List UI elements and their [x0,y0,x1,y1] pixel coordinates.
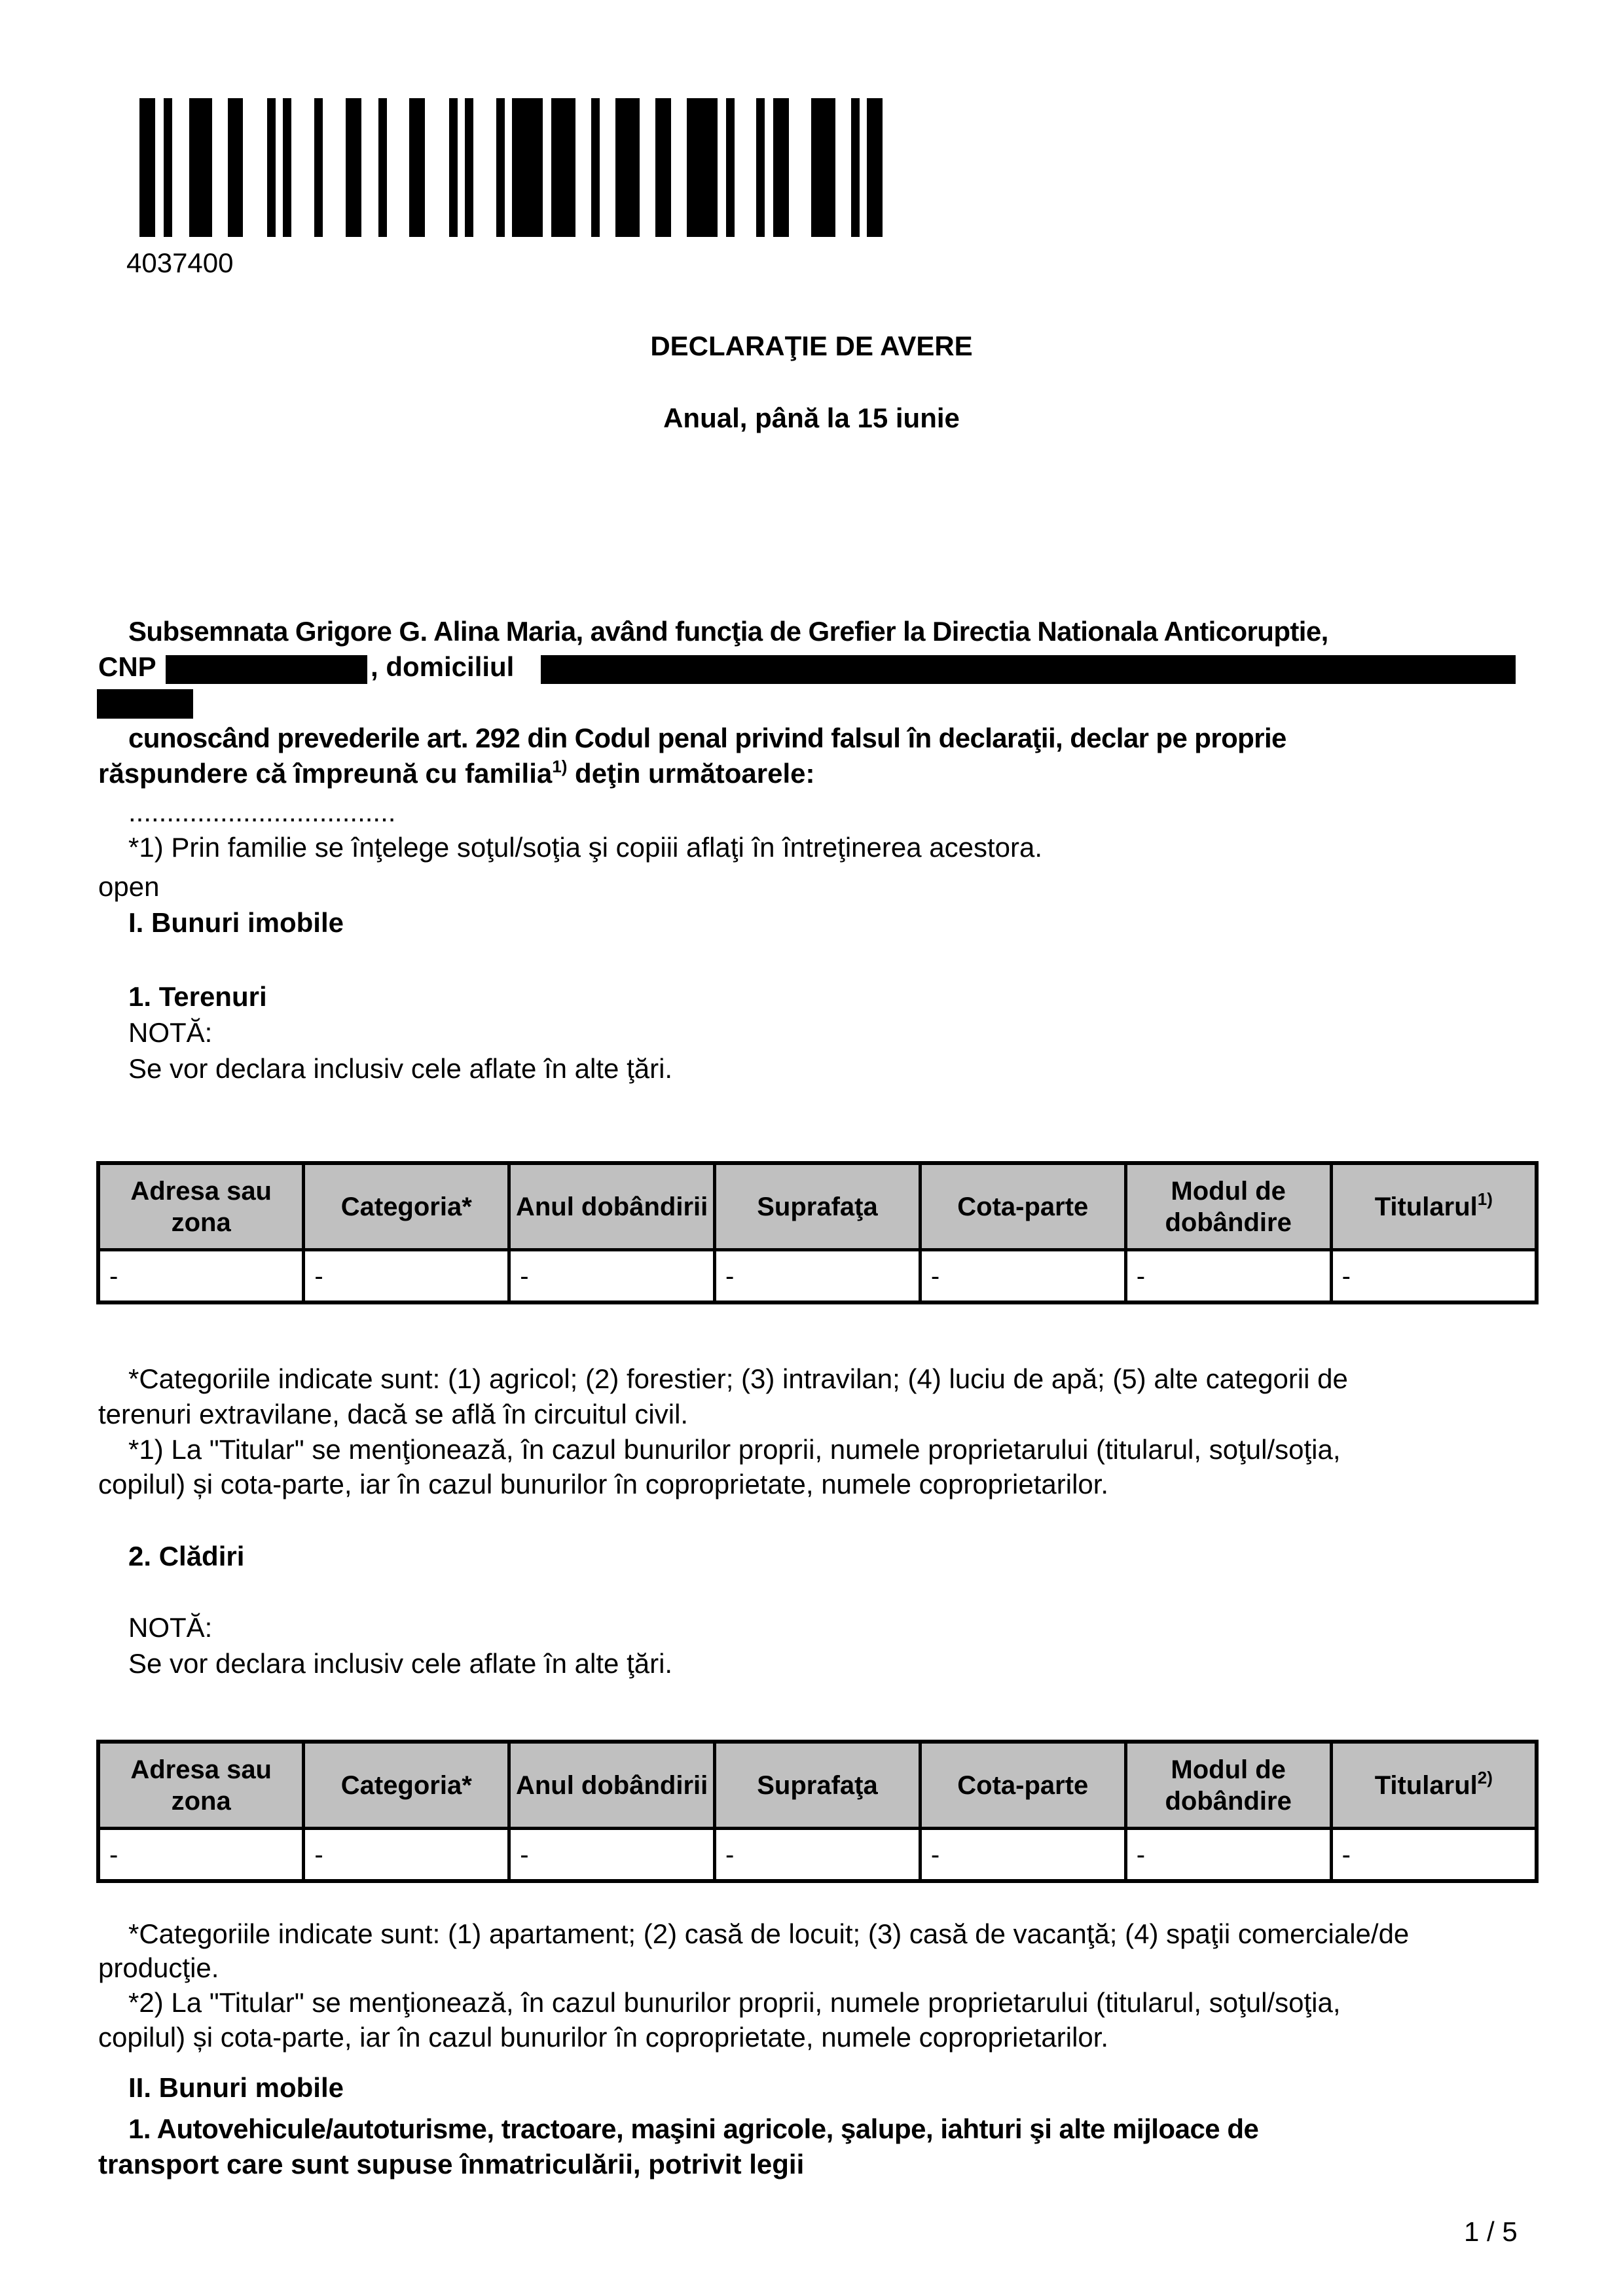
note-text: Se vor declara inclusiv cele aflate în a… [128,1051,672,1086]
table-cell: - [715,1829,921,1882]
domiciliu-redaction-cont [97,689,193,719]
domiciliu-label: , domiciliul [371,649,514,685]
column-header: Modul de dobândire [1125,1742,1331,1829]
note-text: Se vor declara inclusiv cele aflate în a… [128,1646,672,1681]
domiciliu-redaction [541,655,1516,684]
barcode-number: 4037400 [126,247,234,279]
subsection-heading-cladiri: 2. Clădiri [128,1539,244,1574]
column-header: Adresa sau zona [98,1742,304,1829]
column-header: Categoria* [304,1163,509,1250]
page-indicator: 1 / 5 [1464,2216,1518,2248]
table-cell: - [715,1250,921,1303]
column-header: Cota-parte [920,1742,1125,1829]
titular-footnote-cont: copilul) și cota-parte, iar în cazul bun… [98,2020,1108,2055]
cnp-label: CNP [98,649,156,685]
table-cell: - [304,1829,509,1882]
statement-line-1: cunoscând prevederile art. 292 din Codul… [128,721,1286,756]
column-header: Categoria* [304,1742,509,1829]
column-header: Suprafaţa [715,1742,921,1829]
categories-footnote: *Categoriile indicate sunt: (1) agricol;… [128,1361,1348,1397]
column-header: Titularul2) [1331,1742,1537,1829]
table-cell: - [1125,1250,1331,1303]
column-header: Modul de dobândire [1125,1163,1331,1250]
statement-text-end: deţin următoarele: [567,758,814,789]
declarant-line: Subsemnata Grigore G. Alina Maria, având… [128,614,1328,649]
table-header-row: Adresa sau zonaCategoria*Anul dobândirii… [98,1742,1537,1829]
footnote-ref: 2) [1478,1768,1493,1787]
section-heading-bunuri-mobile: II. Bunuri mobile [128,2070,344,2106]
document-subtitle: Anual, până la 15 iunie [0,403,1623,434]
note-label: NOTĂ: [128,1015,212,1050]
table-cell: - [304,1250,509,1303]
cnp-redaction [166,655,367,684]
categories-footnote-cont: producţie. [98,1950,219,1986]
dotted-line: ................................... [128,795,395,830]
column-header: Titularul1) [1331,1163,1537,1250]
column-header: Cota-parte [920,1163,1125,1250]
statement-line-2: răspundere că împreună cu familia1) deţi… [98,756,814,791]
table-cell: - [1331,1829,1537,1882]
terenuri-table: Adresa sau zonaCategoria*Anul dobândirii… [96,1161,1539,1304]
categories-footnote-cont: terenuri extravilane, dacă se află în ci… [98,1397,688,1432]
table-cell: - [1331,1250,1537,1303]
family-footnote: *1) Prin familie se înţelege soţul/soţia… [128,830,1042,865]
titular-footnote: *1) La "Titular" se menţionează, în cazu… [128,1432,1341,1467]
titular-footnote: *2) La "Titular" se menţionează, în cazu… [128,1985,1341,2020]
column-header: Adresa sau zona [98,1163,304,1250]
subsection-heading-autovehicule-cont: transport care sunt supuse înmatriculări… [98,2147,804,2182]
subsection-heading-autovehicule: 1. Autovehicule/autoturisme, tractoare, … [128,2111,1258,2147]
cladiri-table: Adresa sau zonaCategoria*Anul dobândirii… [96,1740,1539,1883]
table-header-row: Adresa sau zonaCategoria*Anul dobândirii… [98,1163,1537,1250]
table-cell: - [509,1829,715,1882]
table-cell: - [98,1250,304,1303]
table-cell: - [98,1829,304,1882]
titular-footnote-cont: copilul) și cota-parte, iar în cazul bun… [98,1467,1108,1502]
barcode [139,98,883,237]
note-label: NOTĂ: [128,1610,212,1645]
statement-text: răspundere că împreună cu familia [98,758,552,789]
table-row: ------- [98,1250,1537,1303]
footnote-ref: 1) [1478,1189,1493,1209]
footnote-ref: 1) [552,757,567,776]
section-heading-bunuri-imobile: I. Bunuri imobile [128,905,344,941]
column-header: Suprafaţa [715,1163,921,1250]
open-marker: open [98,869,159,905]
table-cell: - [920,1250,1125,1303]
table-cell: - [920,1829,1125,1882]
categories-footnote: *Categoriile indicate sunt: (1) apartame… [128,1916,1409,1952]
column-header: Anul dobândirii [509,1742,715,1829]
table-cell: - [1125,1829,1331,1882]
table-row: ------- [98,1829,1537,1882]
document-title: DECLARAŢIE DE AVERE [0,331,1623,362]
column-header: Anul dobândirii [509,1163,715,1250]
table-cell: - [509,1250,715,1303]
subsection-heading-terenuri: 1. Terenuri [128,979,267,1014]
